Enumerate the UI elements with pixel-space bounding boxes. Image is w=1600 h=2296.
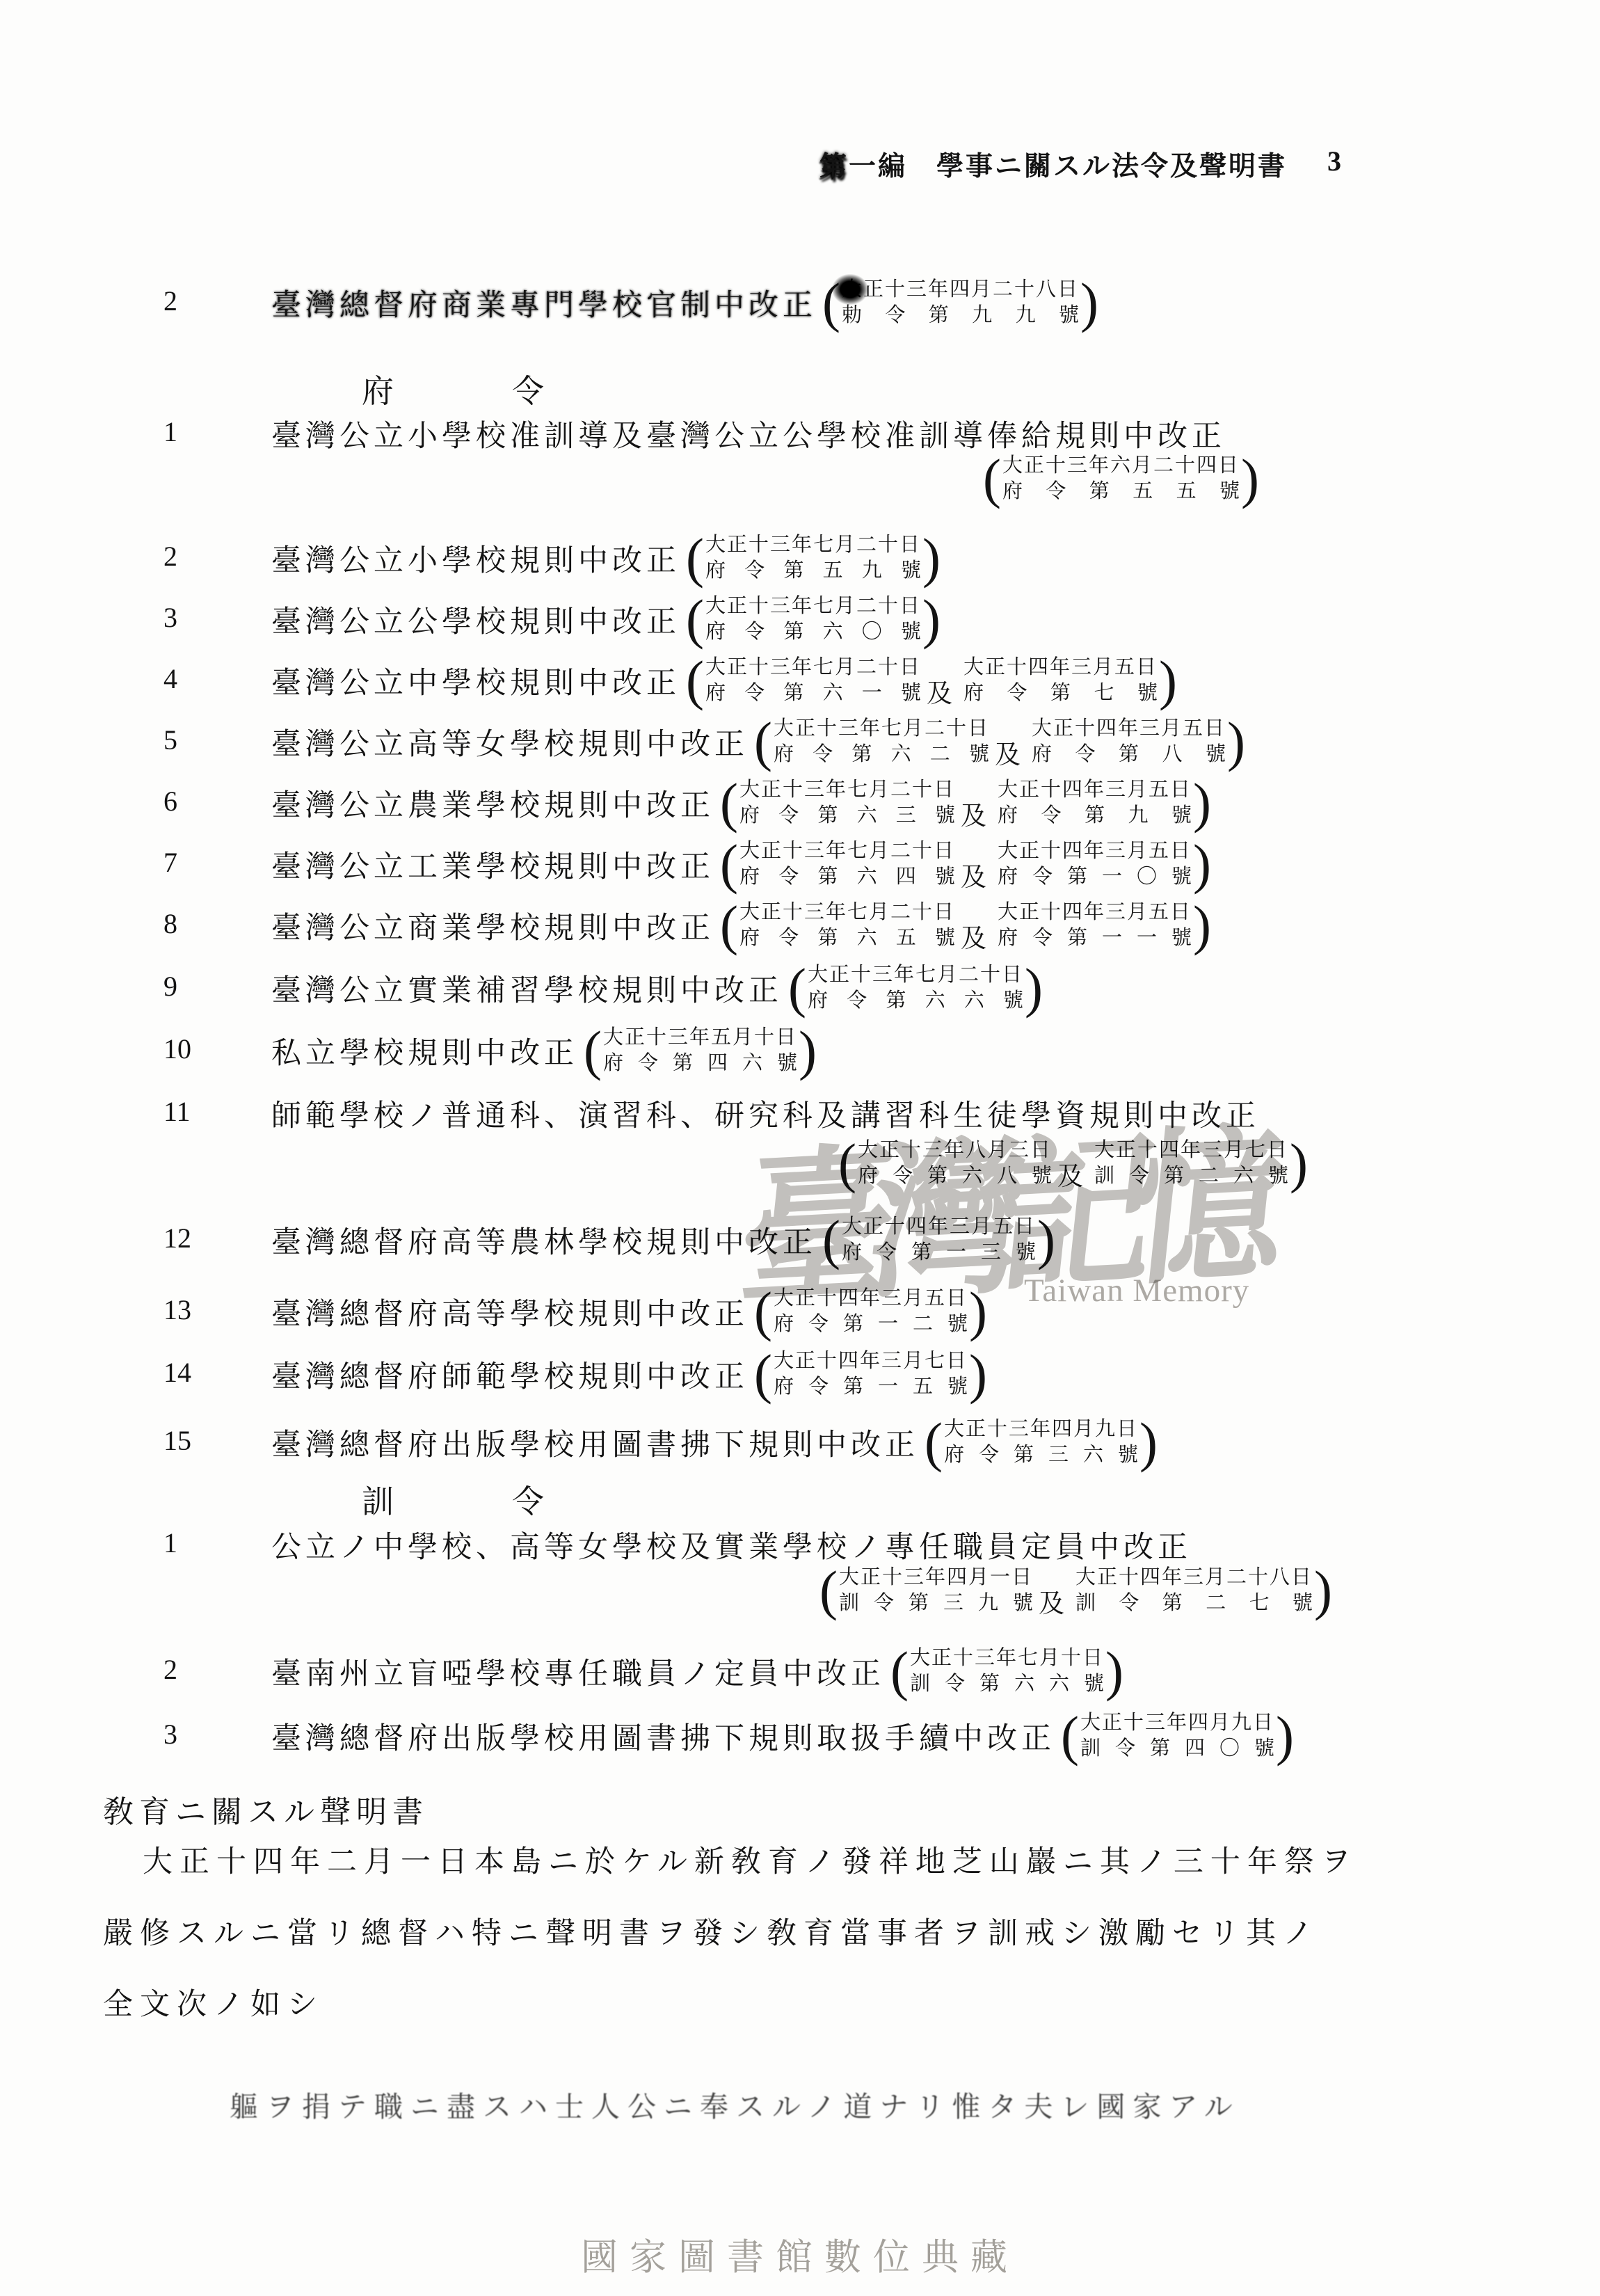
gazette-number: 府令第七號 bbox=[963, 680, 1158, 706]
paren-open: ( bbox=[890, 1643, 909, 1700]
item-number: 9 bbox=[163, 967, 271, 1003]
item-number: 5 bbox=[163, 721, 271, 756]
item-number: 1 bbox=[163, 1524, 271, 1559]
gazette-date: 大正十四年三月七日 bbox=[774, 1348, 968, 1374]
gazette-annotation: ( 大正十三年七月二十日 府令第六一號 bbox=[686, 653, 922, 708]
gazette-annotation: ( 大正十四年三月七日 府令第一五號 ) bbox=[754, 1346, 987, 1402]
gazette-number: 府令第五五號 bbox=[1002, 479, 1240, 504]
toc-item: 1 臺灣公立小學校准訓導及臺灣公立公學校准訓導俸給規則中改正 bbox=[163, 413, 1226, 455]
paren-close: ) bbox=[969, 1346, 987, 1403]
gazette-annotation: ( 大正十三年七月二十日 府令第五九號 ) bbox=[686, 530, 941, 586]
paren-open: ( bbox=[754, 1346, 772, 1403]
item-title: 臺灣公立小學校規則中改正 bbox=[271, 537, 680, 580]
gazette-annotation: 大正十四年三月五日 府令第一一號 ) bbox=[996, 898, 1211, 953]
gazette-number: 府令第三六號 bbox=[944, 1442, 1138, 1468]
gazette-date: 大正十三年七月二十日 bbox=[705, 532, 921, 558]
item-title: 臺灣公立小學校准訓導及臺灣公立公學校准訓導俸給規則中改正 bbox=[271, 413, 1226, 455]
gazette-number: 訓令第四〇號 bbox=[1080, 1736, 1274, 1762]
paren-close: ) bbox=[1241, 450, 1259, 507]
statement-quote-line: 軀ヲ捐テ職ニ盡スハ士人公ニ奉スルノ道ナリ惟タ夫レ國家アル bbox=[230, 2084, 1240, 2125]
paren-close: ) bbox=[1080, 274, 1098, 331]
paren-open: ( bbox=[720, 774, 738, 831]
gazette-annotation: 大正十四年三月五日 府令第八號 ) bbox=[1030, 714, 1245, 770]
item-number: 10 bbox=[163, 1030, 271, 1065]
toc-item: 2 臺灣總督府商業專門學校官制中改正 ( 大正十三年四月二十八日 勅令第九九號 … bbox=[163, 282, 1098, 330]
paren-close: ) bbox=[1193, 836, 1211, 893]
connector-and: 及 bbox=[922, 660, 957, 710]
toc-item: 2 臺南州立盲啞學校專任職員ノ定員中改正 ( 大正十三年七月十日 訓令第六六號 … bbox=[163, 1650, 1123, 1699]
gazette-annotation: ( 大正十三年七月二十日 府令第六三號 bbox=[720, 775, 957, 831]
connector-and: 及 bbox=[1034, 1570, 1069, 1620]
paren-open: ( bbox=[686, 529, 704, 587]
paren-open: ( bbox=[584, 1022, 602, 1079]
gazette-annotation: ( 大正十三年七月二十日 府令第六二號 bbox=[754, 714, 991, 770]
gazette-number: 府令第八號 bbox=[1032, 742, 1226, 767]
item-number: 1 bbox=[163, 413, 271, 448]
gazette-date: 大正十四年三月二十八日 bbox=[1075, 1565, 1313, 1591]
gazette-annotation: 大正十四年三月五日 府令第七號 ) bbox=[962, 653, 1177, 708]
paren-close: ) bbox=[1193, 897, 1211, 954]
gazette-annotation: ( 大正十三年七月二十日 府令第六〇號 ) bbox=[686, 591, 941, 647]
gazette-date: 大正十四年三月五日 bbox=[998, 777, 1192, 803]
page-header: 第一編 學事ニ關スル法令及聲明書 3 bbox=[819, 145, 1341, 184]
gazette-annotation-row: ( 大正十三年四月一日 訓令第三九號 及 大正十四年三月二十八日 訓令第二七號 … bbox=[814, 1570, 1332, 1620]
item-number: 7 bbox=[163, 843, 271, 879]
gazette-date: 大正十三年四月九日 bbox=[944, 1417, 1138, 1442]
item-title: 臺灣總督府高等學校規則中改正 bbox=[271, 1291, 749, 1333]
gazette-date: 大正十三年七月二十日 bbox=[774, 716, 989, 742]
toc-item: 3 臺灣總督府出版學校用圖書拂下規則取扱手續中改正 ( 大正十三年四月九日 訓令… bbox=[163, 1715, 1294, 1764]
gazette-number: 府令第六一號 bbox=[705, 680, 921, 706]
taiwan-memory-watermark-latin: Taiwan Memory bbox=[1024, 1272, 1249, 1309]
gazette-date: 大正十三年七月二十日 bbox=[705, 593, 921, 619]
item-title: 私立學校規則中改正 bbox=[271, 1030, 578, 1072]
section-header-furei: 府令 bbox=[362, 366, 662, 412]
gazette-date: 大正十三年六月二十四日 bbox=[1002, 453, 1240, 479]
statement-paragraph-line: 全文次ノ如シ bbox=[103, 1981, 324, 2023]
item-title: 臺灣總督府商業專門學校官制中改正 bbox=[271, 282, 817, 324]
paren-close: ) bbox=[1276, 1707, 1294, 1764]
connector-and: 及 bbox=[957, 904, 991, 955]
gazette-date: 大正十三年四月九日 bbox=[1080, 1710, 1274, 1736]
statement-section-heading: 敎育ニ關スル聲明書 bbox=[103, 1787, 429, 1831]
gazette-number: 府令第一〇號 bbox=[998, 864, 1192, 890]
item-number: 2 bbox=[163, 282, 271, 317]
item-title: 臺灣公立商業學校規則中改正 bbox=[271, 904, 714, 947]
gazette-date: 大正十三年四月一日 bbox=[839, 1565, 1033, 1591]
toc-item: 1 公立ノ中學校、高等女學校及實業學校ノ專任職員定員中改正 bbox=[163, 1524, 1192, 1566]
paren-close: ) bbox=[1193, 774, 1211, 831]
paren-close: ) bbox=[799, 1022, 817, 1079]
paren-open: ( bbox=[1061, 1707, 1079, 1764]
item-title: 臺灣總督府出版學校用圖書拂下規則取扱手續中改正 bbox=[271, 1715, 1055, 1757]
item-title: 臺灣公立公學校規則中改正 bbox=[271, 598, 680, 641]
paren-close: ) bbox=[1227, 713, 1245, 770]
statement-paragraph-line: 大正十四年二月一日本島ニ於ケル新敎育ノ發祥地芝山巖ニ其ノ三十年祭ヲ bbox=[143, 1838, 1358, 1881]
item-number: 8 bbox=[163, 904, 271, 940]
gazette-number: 訓令第二七號 bbox=[1075, 1591, 1313, 1616]
gazette-date: 大正十四年三月五日 bbox=[998, 900, 1192, 925]
item-number: 3 bbox=[163, 598, 271, 634]
gazette-annotation: ( 大正十三年五月十日 府令第四六號 ) bbox=[584, 1023, 817, 1078]
gazette-number: 勅令第九九號 bbox=[842, 303, 1079, 328]
library-collection-stamp: 國家圖書館數位典藏 bbox=[581, 2228, 1019, 2281]
connector-and: 及 bbox=[991, 721, 1025, 771]
toc-item: 2 臺灣公立小學校規則中改正 ( 大正十三年七月二十日 府令第五九號 ) bbox=[163, 537, 941, 586]
gazette-annotation: ( 大正十三年四月一日 訓令第三九號 bbox=[819, 1563, 1034, 1618]
section-header-kunrei: 訓令 bbox=[362, 1476, 662, 1522]
item-title: 臺灣總督府師範學校規則中改正 bbox=[271, 1353, 749, 1396]
page-number: 3 bbox=[1327, 145, 1341, 177]
scanned-document-page: 第一編 學事ニ關スル法令及聲明書 3 2 臺灣總督府商業專門學校官制中改正 ( … bbox=[0, 0, 1600, 2296]
item-title: 臺灣公立中學校規則中改正 bbox=[271, 660, 680, 702]
paren-open: ( bbox=[720, 897, 738, 954]
item-title: 臺灣公立高等女學校規則中改正 bbox=[271, 721, 749, 763]
edition-title: 第一編 學事ニ關スル法令及聲明書 bbox=[819, 145, 1287, 184]
gazette-number: 府令第四六號 bbox=[603, 1051, 797, 1076]
gazette-date: 大正十三年七月二十日 bbox=[739, 900, 955, 925]
gazette-number: 府令第五九號 bbox=[705, 558, 921, 584]
paren-close: ) bbox=[922, 529, 941, 587]
item-number: 3 bbox=[163, 1715, 271, 1751]
item-number: 13 bbox=[163, 1291, 271, 1326]
gazette-annotation: ( 大正十三年七月二十日 府令第六四號 bbox=[720, 836, 957, 892]
item-number: 6 bbox=[163, 782, 271, 818]
toc-item: 15 臺灣總督府出版學校用圖書拂下規則中改正 ( 大正十三年四月九日 府令第三六… bbox=[163, 1421, 1158, 1470]
paren-close: ) bbox=[1139, 1414, 1158, 1471]
gazette-number: 府令第一一號 bbox=[998, 925, 1192, 951]
paren-open: ( bbox=[720, 836, 738, 893]
item-number: 12 bbox=[163, 1219, 271, 1254]
item-title: 臺灣公立農業學校規則中改正 bbox=[271, 782, 714, 824]
gazette-date: 大正十三年七月二十日 bbox=[739, 777, 955, 803]
gazette-annotation: 大正十四年三月五日 府令第一〇號 ) bbox=[996, 836, 1211, 892]
item-title: 臺灣公立實業補習學校規則中改正 bbox=[271, 967, 783, 1010]
gazette-date: 大正十四年三月五日 bbox=[998, 838, 1192, 864]
item-number: 11 bbox=[163, 1092, 271, 1128]
paren-open: ( bbox=[925, 1414, 943, 1471]
paren-close: ) bbox=[1025, 959, 1043, 1017]
gazette-date: 大正十三年七月二十日 bbox=[705, 655, 921, 680]
gazette-annotation: ( 大正十三年七月二十日 府令第六六號 ) bbox=[788, 960, 1043, 1016]
gazette-number: 府令第六六號 bbox=[808, 988, 1023, 1014]
item-title: 臺灣總督府高等農林學校規則中改正 bbox=[271, 1219, 817, 1261]
gazette-annotation: 大正十四年三月五日 府令第九號 ) bbox=[996, 775, 1211, 831]
gazette-date: 大正十三年七月二十日 bbox=[739, 838, 955, 864]
gazette-annotation: ( 大正十三年六月二十四日 府令第五五號 ) bbox=[983, 451, 1259, 507]
paren-close: ) bbox=[1105, 1643, 1123, 1700]
toc-item: 5 臺灣公立高等女學校規則中改正 ( 大正十三年七月二十日 府令第六二號 及 大… bbox=[163, 721, 1245, 771]
item-number: 2 bbox=[163, 537, 271, 573]
gazette-annotation: ( 大正十三年七月十日 訓令第六六號 ) bbox=[890, 1643, 1123, 1699]
gazette-number: 府令第六二號 bbox=[774, 742, 989, 767]
gazette-number: 府令第六〇號 bbox=[705, 619, 921, 645]
item-title: 臺灣公立工業學校規則中改正 bbox=[271, 843, 714, 886]
gazette-date: 大正十四年三月五日 bbox=[1032, 716, 1226, 742]
toc-item: 14 臺灣總督府師範學校規則中改正 ( 大正十四年三月七日 府令第一五號 ) bbox=[163, 1353, 987, 1402]
toc-item: 4 臺灣公立中學校規則中改正 ( 大正十三年七月二十日 府令第六一號 及 大正十… bbox=[163, 660, 1177, 710]
paren-open: ( bbox=[686, 652, 704, 709]
paren-open: ( bbox=[983, 450, 1001, 507]
paren-close: ) bbox=[922, 591, 941, 648]
paren-open: ( bbox=[754, 713, 772, 770]
toc-item: 3 臺灣公立公學校規則中改正 ( 大正十三年七月二十日 府令第六〇號 ) bbox=[163, 598, 941, 647]
gazette-number: 府令第九號 bbox=[998, 803, 1192, 829]
item-title: 臺灣總督府出版學校用圖書拂下規則中改正 bbox=[271, 1421, 919, 1464]
gazette-annotation: ( 大正十三年四月九日 府令第三六號 ) bbox=[925, 1414, 1158, 1470]
toc-item: 8 臺灣公立商業學校規則中改正 ( 大正十三年七月二十日 府令第六五號 及 大正… bbox=[163, 904, 1211, 955]
item-title: 臺南州立盲啞學校專任職員ノ定員中改正 bbox=[271, 1650, 885, 1693]
gazette-number: 府令第一五號 bbox=[774, 1374, 968, 1400]
gazette-number: 府令第六四號 bbox=[739, 864, 955, 890]
connector-and: 及 bbox=[957, 843, 991, 893]
toc-item: 9 臺灣公立實業補習學校規則中改正 ( 大正十三年七月二十日 府令第六六號 ) bbox=[163, 967, 1043, 1016]
gazette-number: 府令第六三號 bbox=[739, 803, 955, 829]
item-number: 15 bbox=[163, 1421, 271, 1457]
item-number: 2 bbox=[163, 1650, 271, 1686]
toc-item: 7 臺灣公立工業學校規則中改正 ( 大正十三年七月二十日 府令第六四號 及 大正… bbox=[163, 843, 1211, 893]
toc-item: 10 私立學校規則中改正 ( 大正十三年五月十日 府令第四六號 ) bbox=[163, 1030, 817, 1078]
toc-item: 6 臺灣公立農業學校規則中改正 ( 大正十三年七月二十日 府令第六三號 及 大正… bbox=[163, 782, 1211, 832]
gazette-date: 大正十三年五月十日 bbox=[603, 1025, 797, 1051]
gazette-date: 大正十三年七月二十日 bbox=[808, 962, 1023, 988]
item-number: 4 bbox=[163, 660, 271, 695]
paren-close: ) bbox=[1314, 1562, 1332, 1619]
gazette-date: 大正十三年四月二十八日 bbox=[842, 277, 1079, 303]
paren-open: ( bbox=[686, 591, 704, 648]
paren-open: ( bbox=[819, 1562, 838, 1619]
item-title: 公立ノ中學校、高等女學校及實業學校ノ專任職員定員中改正 bbox=[271, 1524, 1192, 1566]
paren-close: ) bbox=[1159, 652, 1177, 709]
gazette-annotation: ( 大正十三年四月二十八日 勅令第九九號 ) bbox=[822, 275, 1098, 330]
statement-paragraph-line: 嚴修スルニ當リ總督ハ特ニ聲明書ヲ發シ敎育當事者ヲ訓戒シ激勵セリ其ノ bbox=[103, 1910, 1320, 1952]
gazette-annotation-row: ( 大正十三年六月二十四日 府令第五五號 ) bbox=[977, 458, 1259, 507]
gazette-annotation: ( 大正十三年七月二十日 府令第六五號 bbox=[720, 898, 957, 953]
paren-open: ( bbox=[788, 959, 806, 1017]
gazette-number: 訓令第六六號 bbox=[910, 1671, 1104, 1697]
gazette-number: 訓令第三九號 bbox=[839, 1591, 1033, 1616]
gazette-number: 府令第六五號 bbox=[739, 925, 955, 951]
paren-close: ) bbox=[1290, 1135, 1308, 1192]
gazette-annotation: 大正十四年三月二十八日 訓令第二七號 ) bbox=[1074, 1563, 1332, 1618]
gazette-date: 大正十四年三月五日 bbox=[963, 655, 1158, 680]
item-number: 14 bbox=[163, 1353, 271, 1389]
gazette-annotation: ( 大正十三年四月九日 訓令第四〇號 ) bbox=[1061, 1708, 1294, 1764]
gazette-date: 大正十三年七月十日 bbox=[910, 1645, 1104, 1671]
connector-and: 及 bbox=[957, 782, 991, 832]
